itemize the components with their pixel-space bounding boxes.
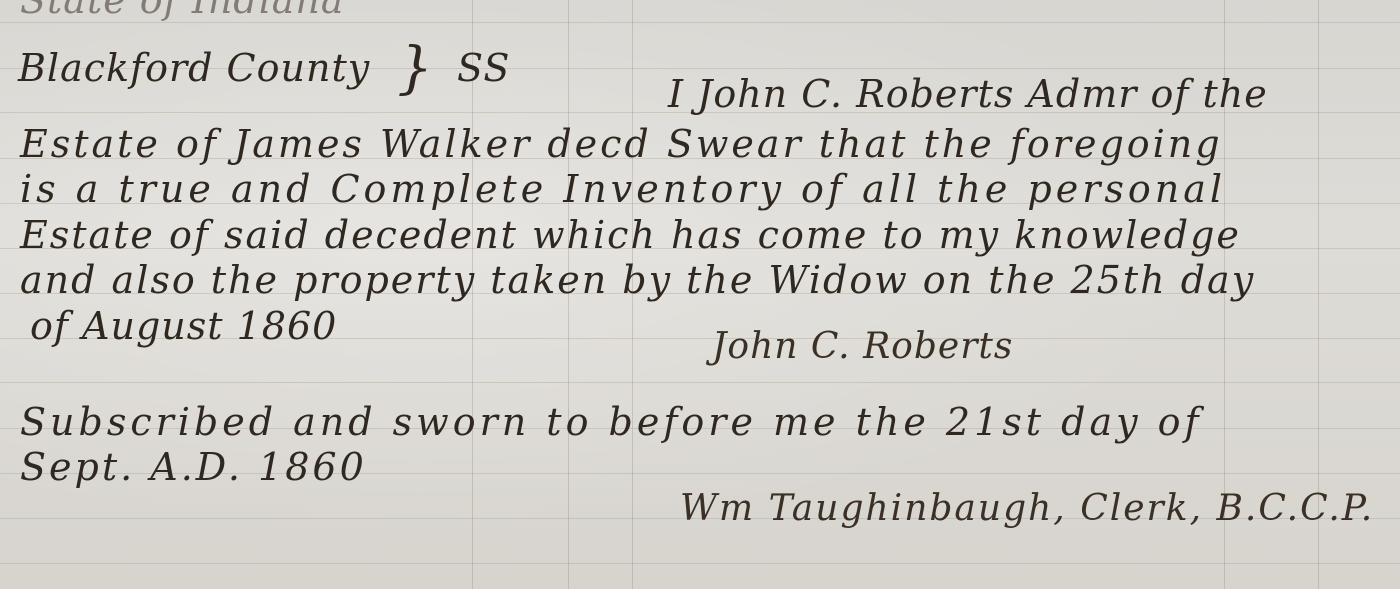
affiant-signature: John C. Roberts	[712, 326, 1013, 367]
body-line-2: Estate of James Walker decd Swear that t…	[20, 122, 1223, 166]
ss-abbrev: SS	[457, 46, 510, 90]
ruled-line	[0, 22, 1400, 23]
jurat-line-1: Subscribed and sworn to before me the 21…	[20, 400, 1203, 444]
document-page: State of Indiana Blackford County } SS I…	[0, 0, 1400, 589]
body-line-4: Estate of said decedent which has come t…	[20, 213, 1241, 257]
body-line-3: is a true and Complete Inventory of all …	[20, 167, 1226, 211]
ruled-line	[0, 382, 1400, 383]
state-line: State of Indiana	[20, 0, 345, 22]
body-line-5: and also the property taken by the Widow…	[20, 258, 1255, 302]
brace-symbol: }	[397, 36, 434, 101]
county-name: Blackford County	[18, 46, 370, 90]
clerk-signature: Wm Taughinbaugh, Clerk, B.C.C.P.	[680, 488, 1374, 529]
body-line-1: I John C. Roberts Admr of the	[668, 72, 1268, 116]
county-line: Blackford County } SS	[18, 30, 510, 95]
jurat-line-2: Sept. A.D. 1860	[20, 445, 367, 489]
body-line-6: of August 1860	[30, 304, 337, 348]
ruled-line	[0, 563, 1400, 564]
